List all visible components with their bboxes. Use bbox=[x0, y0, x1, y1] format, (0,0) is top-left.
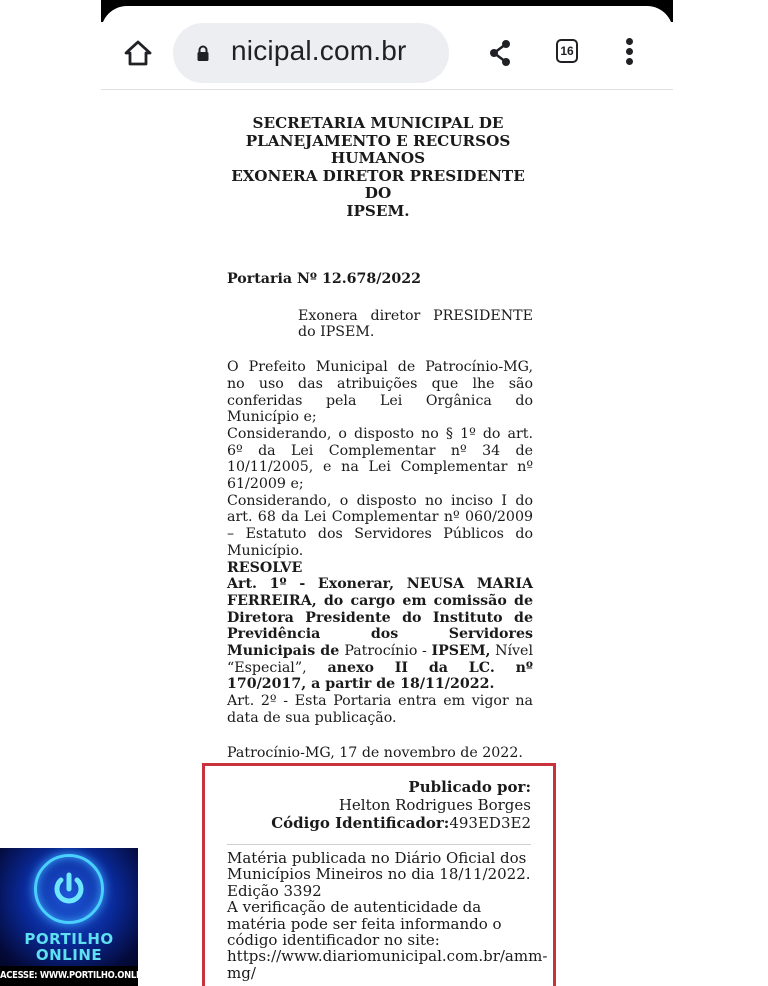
title-line: PLANEJAMENTO E RECURSOS bbox=[223, 133, 533, 151]
publication-line: Municípios Mineiros no dia 18/11/2022. bbox=[227, 866, 547, 882]
art1-text: Patrocínio - bbox=[344, 643, 431, 659]
publication-header: Publicado por: Helton Rodrigues Borges C… bbox=[271, 778, 531, 832]
publication-line: Matéria publicada no Diário Oficial dos bbox=[227, 850, 547, 866]
portilho-online-logo: PORTILHO ONLINE ACESSE: WWW.PORTILHO.ONL… bbox=[0, 848, 138, 986]
article-2: Art. 2º - Esta Portaria entra em vigor n… bbox=[227, 693, 533, 726]
published-by-label: Publicado por: bbox=[271, 778, 531, 796]
title-line: HUMANOS bbox=[223, 150, 533, 168]
document-content: SECRETARIA MUNICIPAL DE PLANEJAMENTO E R… bbox=[227, 115, 533, 813]
browser-toolbar: nicipal.com.br 16 bbox=[101, 6, 673, 90]
document-title: SECRETARIA MUNICIPAL DE PLANEJAMENTO E R… bbox=[223, 115, 533, 220]
code-line: Código Identificador:493ED3E2 bbox=[271, 814, 531, 832]
considerando-2: Considerando, o disposto no inciso I do … bbox=[227, 493, 533, 560]
logo-website: ACESSE: WWW.PORTILHO.ONLINE bbox=[0, 966, 138, 986]
ementa: Exonera diretor PRESIDENTE do IPSEM. bbox=[298, 308, 533, 341]
toolbar-divider bbox=[101, 89, 673, 90]
place-date: Patrocínio-MG, 17 de novembro de 2022. bbox=[227, 745, 533, 762]
address-bar[interactable]: nicipal.com.br bbox=[173, 23, 449, 83]
publication-body: Matéria publicada no Diário Oficial dos … bbox=[227, 850, 547, 981]
code-value: 493ED3E2 bbox=[449, 814, 531, 832]
power-icon bbox=[49, 869, 89, 909]
art1-text: IPSEM, bbox=[431, 643, 490, 659]
publication-divider bbox=[227, 844, 531, 845]
home-icon bbox=[123, 38, 153, 68]
portaria-number: Portaria Nº 12.678/2022 bbox=[227, 271, 533, 288]
resolve-heading: RESOLVE bbox=[227, 560, 533, 577]
lock-icon bbox=[195, 45, 211, 61]
publisher-name: Helton Rodrigues Borges bbox=[271, 796, 531, 814]
title-line: EXONERA DIRETOR PRESIDENTE DO bbox=[223, 168, 533, 203]
url-text: nicipal.com.br bbox=[231, 35, 407, 67]
code-label: Código Identificador: bbox=[271, 814, 449, 832]
share-button[interactable] bbox=[483, 36, 517, 70]
publication-box: Publicado por: Helton Rodrigues Borges C… bbox=[202, 763, 556, 986]
title-line: SECRETARIA MUNICIPAL DE bbox=[223, 115, 533, 133]
publication-link[interactable]: https://www.diariomunicipal.com.br/amm- bbox=[227, 948, 547, 964]
logo-text: ONLINE bbox=[0, 946, 138, 964]
publication-line: Edição 3392 bbox=[227, 883, 547, 899]
publication-link[interactable]: mg/ bbox=[227, 965, 547, 981]
preamble: O Prefeito Municipal de Patrocínio-MG, n… bbox=[227, 359, 533, 426]
publication-line: código identificador no site: bbox=[227, 932, 547, 948]
article-1: Art. 1º - Exonerar, NEUSA MARIA FERREIRA… bbox=[227, 576, 533, 693]
home-button[interactable] bbox=[121, 36, 155, 70]
tab-switcher-button[interactable]: 16 bbox=[556, 39, 578, 63]
publication-line: A verificação de autenticidade da bbox=[227, 899, 547, 915]
title-line: IPSEM. bbox=[223, 203, 533, 221]
more-vert-icon[interactable] bbox=[619, 36, 639, 70]
publication-line: matéria pode ser feita informando o bbox=[227, 916, 547, 932]
share-icon bbox=[483, 36, 517, 70]
considerando-1: Considerando, o disposto no § 1º do art.… bbox=[227, 426, 533, 493]
